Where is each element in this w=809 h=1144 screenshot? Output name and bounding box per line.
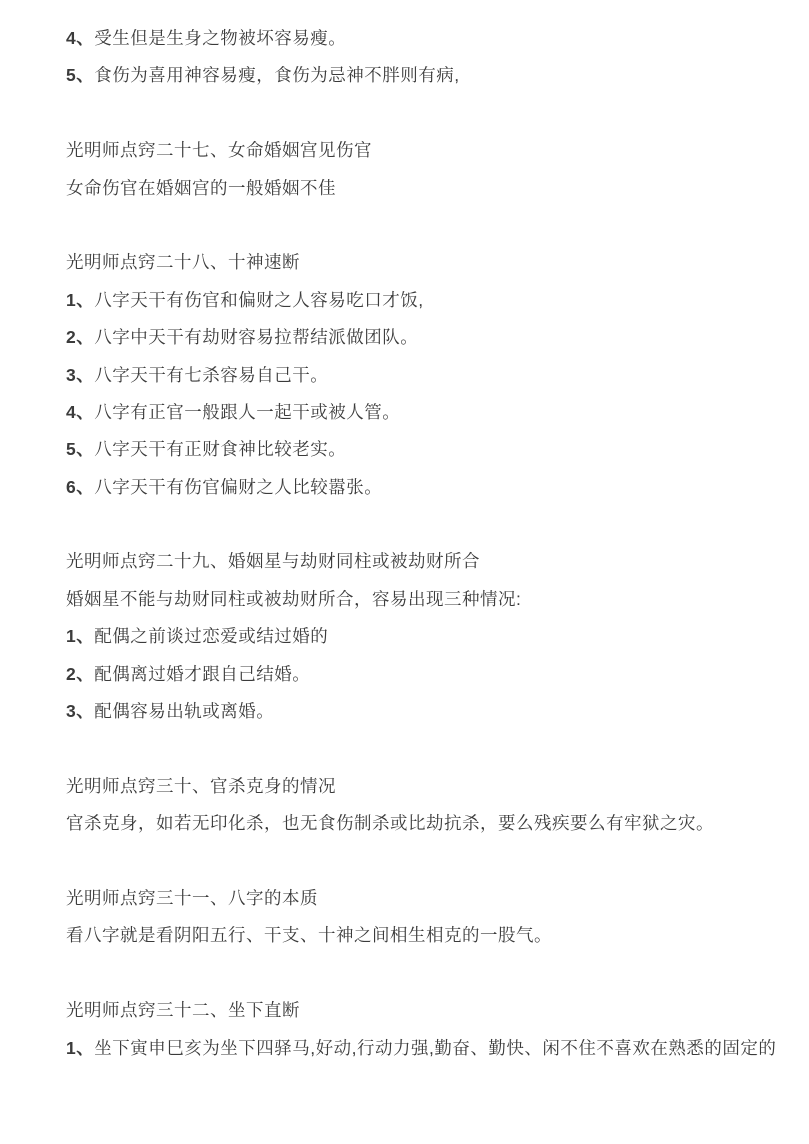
- list-item: 3、八字天干有七杀容易自己干。: [66, 357, 809, 394]
- list-item-number: 4、: [66, 402, 94, 422]
- list-item: 2、配偶离过婚才跟自己结婚。: [66, 656, 809, 693]
- list-item-number: 4、: [66, 28, 94, 48]
- paragraph: 官杀克身，如若无印化杀，也无食伤制杀或比劫抗杀，要么残疾要么有牢狱之灾。: [66, 805, 809, 842]
- list-item-number: 6、: [66, 477, 94, 497]
- list-item-number: 1、: [66, 1038, 94, 1058]
- section-heading: 光明师点窍三十一、八字的本质: [66, 880, 809, 917]
- list-item-text: 八字天干有伤官和偏财之人容易吃口才饭,: [94, 290, 423, 310]
- list-item: 1、坐下寅申巳亥为坐下四驿马,好动,行动力强,勤奋、勤快、闲不住不喜欢在熟悉的固…: [66, 1030, 809, 1067]
- list-item-text: 配偶之前谈过恋爱或结过婚的: [94, 626, 328, 646]
- blank-line: [66, 843, 809, 880]
- blank-line: [66, 955, 809, 992]
- paragraph: 婚姻星不能与劫财同柱或被劫财所合，容易出现三种情况:: [66, 581, 809, 618]
- list-item: 2、八字中天干有劫财容易拉帮结派做团队。: [66, 319, 809, 356]
- list-item: 1、八字天干有伤官和偏财之人容易吃口才饭,: [66, 282, 809, 319]
- section-heading: 光明师点窍三十二、坐下直断: [66, 992, 809, 1029]
- list-item-number: 5、: [66, 65, 94, 85]
- list-item-number: 1、: [66, 626, 94, 646]
- list-item: 5、八字天干有正财食神比较老实。: [66, 431, 809, 468]
- list-item-text: 配偶离过婚才跟自己结婚。: [94, 664, 310, 684]
- list-item-text: 八字天干有七杀容易自己干。: [94, 365, 328, 385]
- list-item: 4、八字有正官一般跟人一起干或被人管。: [66, 394, 809, 431]
- list-item-text: 八字有正官一般跟人一起干或被人管。: [94, 402, 400, 422]
- list-item-number: 3、: [66, 701, 94, 721]
- list-item: 4、受生但是生身之物被坏容易瘦。: [66, 20, 809, 57]
- list-item-number: 2、: [66, 664, 94, 684]
- blank-line: [66, 95, 809, 132]
- blank-line: [66, 506, 809, 543]
- section-heading: 光明师点窍二十九、婚姻星与劫财同柱或被劫财所合: [66, 543, 809, 580]
- list-item-text: 坐下寅申巳亥为坐下四驿马,好动,行动力强,勤奋、勤快、闲不住不喜欢在熟悉的固定的: [94, 1038, 776, 1058]
- list-item-text: 八字中天干有劫财容易拉帮结派做团队。: [94, 327, 418, 347]
- list-item-text: 食伤为喜用神容易瘦，食伤为忌神不胖则有病,: [94, 65, 459, 85]
- list-item-text: 八字天干有伤官偏财之人比较嚣张。: [94, 477, 382, 497]
- document-page: 4、受生但是生身之物被坏容易瘦。5、食伤为喜用神容易瘦，食伤为忌神不胖则有病,光…: [0, 0, 809, 1144]
- list-item-text: 配偶容易出轨或离婚。: [94, 701, 274, 721]
- section-heading: 光明师点窍二十八、十神速断: [66, 244, 809, 281]
- paragraph: 女命伤官在婚姻宫的一般婚姻不佳: [66, 170, 809, 207]
- list-item: 1、配偶之前谈过恋爱或结过婚的: [66, 618, 809, 655]
- list-item-text: 受生但是生身之物被坏容易瘦。: [94, 28, 346, 48]
- paragraph: 看八字就是看阴阳五行、干支、十神之间相生相克的一股气。: [66, 917, 809, 954]
- document-content: 4、受生但是生身之物被坏容易瘦。5、食伤为喜用神容易瘦，食伤为忌神不胖则有病,光…: [0, 0, 809, 1067]
- list-item-number: 1、: [66, 290, 94, 310]
- list-item: 5、食伤为喜用神容易瘦，食伤为忌神不胖则有病,: [66, 57, 809, 94]
- list-item-number: 3、: [66, 365, 94, 385]
- section-heading: 光明师点窍三十、官杀克身的情况: [66, 768, 809, 805]
- list-item-text: 八字天干有正财食神比较老实。: [94, 439, 346, 459]
- list-item-number: 2、: [66, 327, 94, 347]
- list-item: 3、配偶容易出轨或离婚。: [66, 693, 809, 730]
- list-item: 6、八字天干有伤官偏财之人比较嚣张。: [66, 469, 809, 506]
- blank-line: [66, 207, 809, 244]
- blank-line: [66, 730, 809, 767]
- section-heading: 光明师点窍二十七、女命婚姻宫见伤官: [66, 132, 809, 169]
- list-item-number: 5、: [66, 439, 94, 459]
